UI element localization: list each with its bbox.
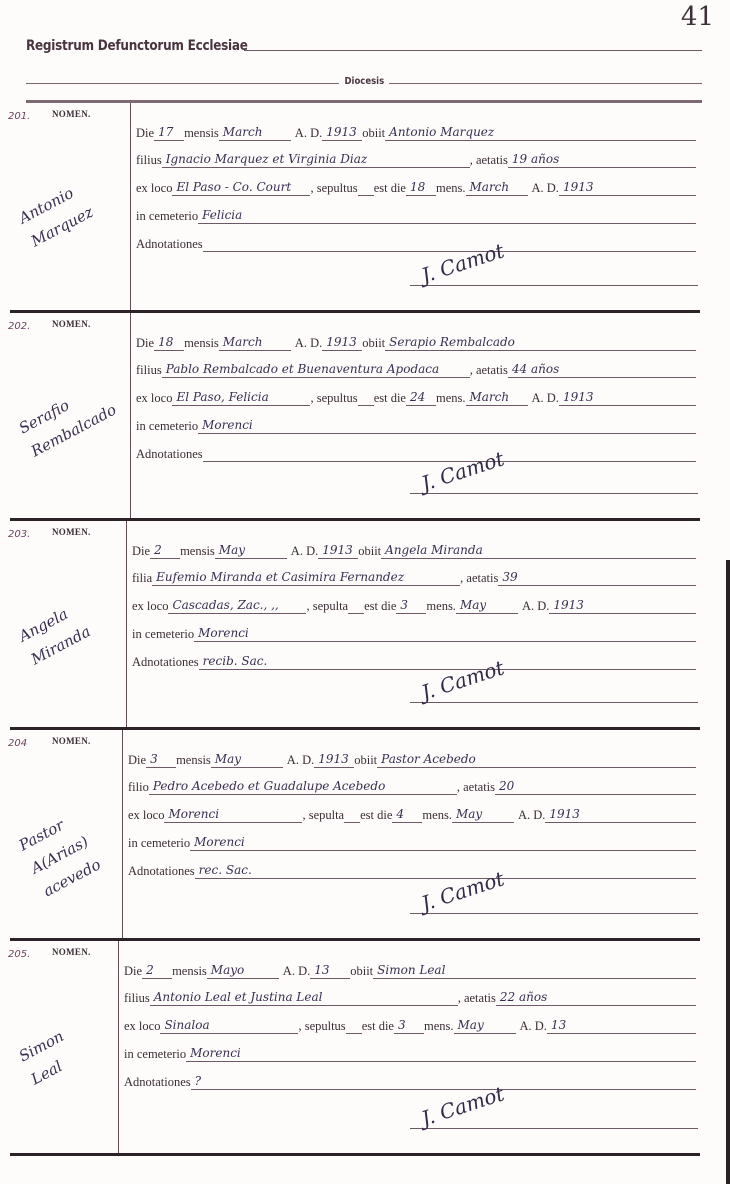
burial-day-field[interactable]: 3 [396, 597, 426, 614]
obiit-label: obiit [350, 964, 373, 979]
diocesis-blank-right [389, 83, 702, 84]
entry-separator [10, 1153, 700, 1156]
margin-name: SimonLeal [14, 999, 127, 1092]
ad-label: A. D. [291, 544, 318, 559]
filius-label: filius [136, 363, 162, 378]
annotations-field[interactable]: rec. Sac. [195, 862, 696, 879]
ad-label: A. D. [283, 964, 310, 979]
aetatis-label: , aetatis [460, 571, 498, 586]
obiit-label: obiit [362, 336, 385, 351]
ad-label: A. D. [287, 753, 314, 768]
cemetery-field[interactable]: Morenci [194, 625, 696, 642]
parents-row: filius Antonio Leal et Justina Leal , ae… [124, 986, 696, 1006]
nomen-label: NOMEN. [52, 736, 91, 746]
cemeterio-label: in cemeterio [124, 1047, 186, 1062]
ad-label: A. D. [295, 336, 322, 351]
age-field[interactable]: 19 años [508, 151, 696, 168]
column-divider [118, 941, 119, 1153]
annotations-row: Adnotationes ? [124, 1070, 696, 1090]
annotations-row: Adnotationes [136, 232, 696, 252]
month-field[interactable]: March [219, 334, 291, 351]
mens-label: mens. [422, 808, 452, 823]
signature-line [410, 1128, 698, 1129]
cemetery-row: in cemeterio Morenci [128, 831, 696, 851]
register-title-row: Registrum Defunctorum Ecclesiae [26, 38, 702, 54]
filius-label: filius [136, 153, 162, 168]
obiit-label: obiit [358, 544, 381, 559]
filius-label: filius [124, 991, 150, 1006]
die-label: Die [128, 753, 146, 768]
mensis-label: mensis [176, 753, 211, 768]
parents-field[interactable]: Antonio Leal et Justina Leal [150, 989, 458, 1006]
diocesis-blank [26, 83, 339, 84]
annotations-row: Adnotationes recib. Sac. [132, 650, 696, 670]
burial-day-field[interactable]: 4 [392, 806, 422, 823]
cemetery-field[interactable]: Felicia [198, 207, 696, 224]
sepult-blank [346, 1033, 362, 1034]
die-label: Die [136, 336, 154, 351]
year-field[interactable]: 1913 [314, 751, 354, 768]
annotations-field[interactable]: ? [191, 1073, 696, 1090]
age-field[interactable]: 39 [498, 569, 696, 586]
death-record-entry: 204 NOMEN. PastorA(Arias)acevedo Die 3 m… [0, 730, 730, 941]
cemetery-field[interactable]: Morenci [186, 1045, 696, 1062]
entry-number: 205. [8, 949, 30, 960]
month-field[interactable]: March [219, 124, 291, 141]
burial-month-field[interactable]: May [454, 1017, 516, 1034]
entry-number: 204 [8, 738, 27, 749]
age-field[interactable]: 20 [495, 778, 696, 795]
burial-ad-label: A. D. [522, 599, 549, 614]
filius-label: filio [128, 780, 149, 795]
sepultus-label: , sepultus [298, 1019, 345, 1034]
annotations-field[interactable] [203, 251, 696, 252]
burial-year-field[interactable]: 1913 [545, 806, 696, 823]
annotations-row: Adnotationes rec. Sac. [128, 859, 696, 879]
mens-label: mens. [436, 181, 466, 196]
sepult-blank [358, 405, 374, 406]
adnotationes-label: Adnotationes [128, 864, 195, 879]
sepultus-label: , sepulta [306, 599, 348, 614]
cemetery-row: in cemeterio Felicia [136, 204, 696, 224]
sepult-blank [348, 613, 364, 614]
deceased-name-field[interactable]: Pastor Acebedo [377, 751, 696, 768]
cemetery-row: in cemeterio Morenci [136, 414, 696, 434]
parents-row: filius Ignacio Marquez et Virginia Diaz … [136, 148, 696, 168]
parents-row: filio Pedro Acebedo et Guadalupe Acebedo… [128, 775, 696, 795]
mensis-label: mensis [172, 964, 207, 979]
sepultus-label: , sepultus [310, 391, 357, 406]
die-label: Die [136, 126, 154, 141]
burial-ad-label: A. D. [520, 1019, 547, 1034]
deceased-name-field[interactable]: Angela Miranda [381, 542, 696, 559]
burial-year-field[interactable]: 13 [547, 1017, 696, 1034]
cemetery-row: in cemeterio Morenci [124, 1042, 696, 1062]
year-field[interactable]: 13 [310, 962, 350, 979]
adnotationes-label: Adnotationes [124, 1075, 191, 1090]
margin-name: PastorA(Arias)acevedo [14, 788, 139, 904]
parents-field[interactable]: Pedro Acebedo et Guadalupe Acebedo [149, 778, 457, 795]
death-record-entry: 202. NOMEN. SerafioRembalcado Die 18 men… [0, 313, 730, 521]
burial-year-field[interactable]: 1913 [559, 179, 696, 196]
burial-row: ex loco Cascadas, Zac., ,, , sepulta est… [132, 594, 696, 614]
burial-row: ex loco Sinaloa , sepultus est die 3 men… [124, 1014, 696, 1034]
entry-number: 201. [8, 111, 30, 122]
annotations-row: Adnotationes [136, 442, 696, 462]
ex-loco-label: ex loco [128, 808, 164, 823]
cemetery-field[interactable]: Morenci [190, 834, 696, 851]
burial-row: ex loco El Paso - Co. Court , sepultus e… [136, 176, 696, 196]
register-title: Registrum Defunctorum Ecclesiae [26, 38, 248, 54]
burial-day-field[interactable]: 24 [406, 389, 436, 406]
diocesis-label: Diocesis [342, 76, 385, 87]
burial-row: ex loco El Paso, Felicia , sepultus est … [136, 386, 696, 406]
year-field[interactable]: 1913 [322, 334, 362, 351]
origin-field[interactable]: Morenci [164, 806, 302, 823]
mens-label: mens. [426, 599, 456, 614]
cemeterio-label: in cemeterio [136, 419, 198, 434]
month-field[interactable]: Mayo [207, 962, 279, 979]
entry-number: 202. [8, 321, 30, 332]
month-field[interactable]: May [215, 542, 287, 559]
deceased-name-field[interactable]: Antonio Marquez [385, 124, 696, 141]
burial-month-field[interactable]: May [452, 806, 514, 823]
cemetery-row: in cemeterio Morenci [132, 622, 696, 642]
month-field[interactable]: May [211, 751, 283, 768]
origin-field[interactable]: Cascadas, Zac., ,, [168, 597, 306, 614]
mens-label: mens. [424, 1019, 454, 1034]
death-date-row: Die 3 mensis May A. D. 1913 obiit Pastor… [128, 748, 696, 768]
cemeterio-label: in cemeterio [128, 836, 190, 851]
mensis-label: mensis [184, 126, 219, 141]
parents-field[interactable]: Pablo Rembalcado et Buenaventura Apodaca [162, 361, 470, 378]
sepult-blank [344, 822, 360, 823]
day-field[interactable]: 2 [142, 962, 172, 979]
cemetery-field[interactable]: Morenci [198, 417, 696, 434]
age-field[interactable]: 44 años [508, 361, 696, 378]
day-field[interactable]: 17 [154, 124, 184, 141]
aetatis-label: , aetatis [457, 780, 495, 795]
signature-line [410, 913, 698, 914]
die-label: Die [132, 544, 150, 559]
aetatis-label: , aetatis [470, 363, 508, 378]
est-die-label: est die [364, 599, 396, 614]
est-die-label: est die [362, 1019, 394, 1034]
parents-row: filius Pablo Rembalcado et Buenaventura … [136, 358, 696, 378]
filius-label: filia [132, 571, 152, 586]
burial-ad-label: A. D. [532, 391, 559, 406]
adnotationes-label: Adnotationes [136, 237, 203, 252]
death-record-entry: 201. NOMEN. AntonioMarquez Die 17 mensis… [0, 103, 730, 313]
burial-ad-label: A. D. [518, 808, 545, 823]
origin-field[interactable]: El Paso - Co. Court [172, 179, 310, 196]
margin-name: AngelaMiranda [14, 579, 127, 672]
adnotationes-label: Adnotationes [136, 447, 203, 462]
annotations-field[interactable]: recib. Sac. [199, 653, 696, 670]
day-field[interactable]: 3 [146, 751, 176, 768]
obiit-label: obiit [354, 753, 377, 768]
signature-line [410, 285, 698, 286]
nomen-label: NOMEN. [52, 109, 91, 119]
death-record-entry: 203. NOMEN. AngelaMiranda Die 2 mensis M… [0, 521, 730, 730]
ex-loco-label: ex loco [124, 1019, 160, 1034]
entry-number: 203. [8, 529, 30, 540]
cemeterio-label: in cemeterio [136, 209, 198, 224]
death-date-row: Die 2 mensis Mayo A. D. 13 obiit Simon L… [124, 959, 696, 979]
mens-label: mens. [436, 391, 466, 406]
page-number: 41 [681, 2, 714, 32]
column-divider [130, 313, 131, 518]
mensis-label: mensis [180, 544, 215, 559]
cemeterio-label: in cemeterio [132, 627, 194, 642]
margin-name: SerafioRembalcado [14, 371, 127, 464]
burial-ad-label: A. D. [532, 181, 559, 196]
parents-field[interactable]: Eufemio Miranda et Casimira Fernandez [152, 569, 460, 586]
death-date-row: Die 2 mensis May A. D. 1913 obiit Angela… [132, 539, 696, 559]
year-field[interactable]: 1913 [318, 542, 358, 559]
column-divider [126, 521, 127, 727]
nomen-label: NOMEN. [52, 947, 91, 957]
aetatis-label: , aetatis [458, 991, 496, 1006]
burial-month-field[interactable]: March [466, 179, 528, 196]
est-die-label: est die [360, 808, 392, 823]
burial-day-field[interactable]: 18 [406, 179, 436, 196]
signature-line [410, 493, 698, 494]
page-edge [726, 560, 730, 1184]
day-field[interactable]: 2 [150, 542, 180, 559]
nomen-label: NOMEN. [52, 319, 91, 329]
adnotationes-label: Adnotationes [132, 655, 199, 670]
burial-year-field[interactable]: 1913 [549, 597, 696, 614]
parents-row: filia Eufemio Miranda et Casimira Fernan… [132, 566, 696, 586]
death-date-row: Die 18 mensis March A. D. 1913 obiit Ser… [136, 331, 696, 351]
ex-loco-label: ex loco [132, 599, 168, 614]
nomen-label: NOMEN. [52, 527, 91, 537]
die-label: Die [124, 964, 142, 979]
ad-label: A. D. [295, 126, 322, 141]
est-die-label: est die [374, 391, 406, 406]
ex-loco-label: ex loco [136, 391, 172, 406]
obiit-label: obiit [362, 126, 385, 141]
burial-month-field[interactable]: May [456, 597, 518, 614]
mensis-label: mensis [184, 336, 219, 351]
death-record-entry: 205. NOMEN. SimonLeal Die 2 mensis Mayo … [0, 941, 730, 1156]
sepultus-label: , sepulta [302, 808, 344, 823]
deceased-name-field[interactable]: Simon Leal [373, 962, 696, 979]
diocesis-row: Diocesis [26, 76, 702, 87]
day-field[interactable]: 18 [154, 334, 184, 351]
ex-loco-label: ex loco [136, 181, 172, 196]
signature-line [410, 702, 698, 703]
age-field[interactable]: 22 años [496, 989, 696, 1006]
year-field[interactable]: 1913 [322, 124, 362, 141]
column-divider [122, 730, 123, 938]
aetatis-label: , aetatis [470, 153, 508, 168]
burial-year-field[interactable]: 1913 [559, 389, 696, 406]
sepultus-label: , sepultus [310, 181, 357, 196]
burial-day-field[interactable]: 3 [394, 1017, 424, 1034]
origin-field[interactable]: El Paso, Felicia [172, 389, 310, 406]
column-divider [130, 103, 131, 310]
death-date-row: Die 17 mensis March A. D. 1913 obiit Ant… [136, 121, 696, 141]
margin-name: AntonioMarquez [14, 161, 127, 254]
est-die-label: est die [374, 181, 406, 196]
parents-field[interactable]: Ignacio Marquez et Virginia Diaz [162, 151, 470, 168]
burial-month-field[interactable]: March [466, 389, 528, 406]
burial-row: ex loco Morenci , sepulta est die 4 mens… [128, 803, 696, 823]
ecclesia-blank [244, 50, 702, 51]
sepult-blank [358, 195, 374, 196]
deceased-name-field[interactable]: Serapio Rembalcado [385, 334, 696, 351]
origin-field[interactable]: Sinaloa [160, 1017, 298, 1034]
